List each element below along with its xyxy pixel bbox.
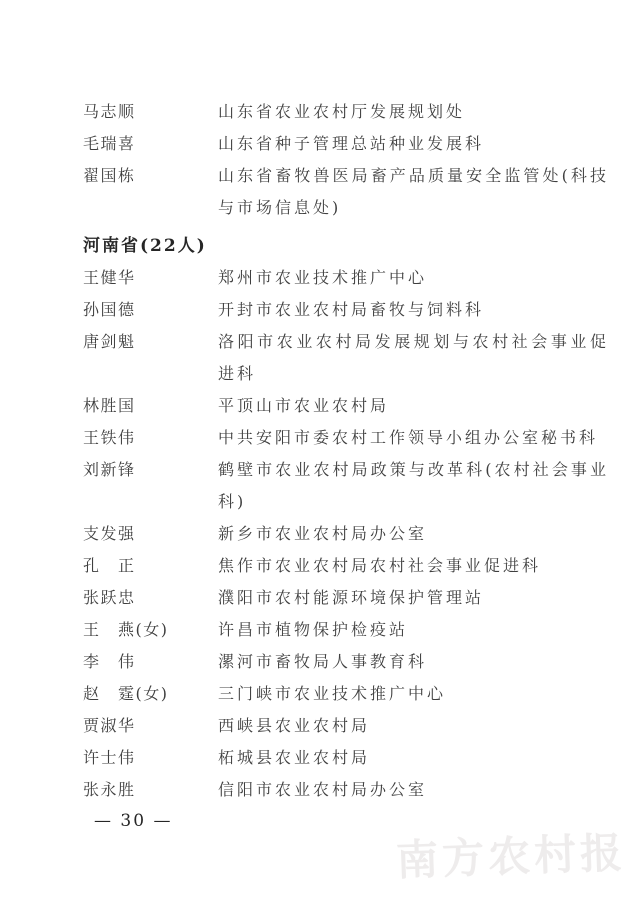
list-item: 贾淑华西峡县农业农村局 — [83, 710, 609, 742]
list-item: 赵 霆(女)三门峡市农业技术推广中心 — [83, 678, 609, 710]
person-name: 孔 正 — [83, 550, 218, 582]
work-unit: 山东省畜牧兽医局畜产品质量安全监管处(科技与市场信息处) — [218, 160, 609, 224]
list-item: 王 燕(女)许昌市植物保护检疫站 — [83, 614, 609, 646]
work-unit: 三门峡市农业技术推广中心 — [218, 678, 609, 710]
person-name: 张永胜 — [83, 774, 218, 806]
person-name: 王 燕(女) — [83, 614, 218, 646]
list-item: 张永胜信阳市农业农村局办公室 — [83, 774, 609, 806]
work-unit: 许昌市植物保护检疫站 — [218, 614, 609, 646]
person-name: 马志顺 — [83, 96, 218, 128]
work-unit: 西峡县农业农村局 — [218, 710, 609, 742]
person-name: 唐剑魁 — [83, 326, 218, 358]
list-item: 孔 正焦作市农业农村局农村社会事业促进科 — [83, 550, 609, 582]
list-item: 王铁伟中共安阳市委农村工作领导小组办公室秘书科 — [83, 422, 609, 454]
person-name: 张跃忠 — [83, 582, 218, 614]
list-item: 王健华郑州市农业技术推广中心 — [83, 262, 609, 294]
section-header: 河南省(22人) — [83, 230, 609, 262]
list-item: 毛瑞喜山东省种子管理总站种业发展科 — [83, 128, 609, 160]
work-unit: 漯河市畜牧局人事教育科 — [218, 646, 609, 678]
work-unit: 新乡市农业农村局办公室 — [218, 518, 609, 550]
watermark: 南方农村报 — [395, 820, 627, 888]
page-number: — 30 — — [94, 811, 172, 831]
work-unit: 柘城县农业农村局 — [218, 742, 609, 774]
person-name: 赵 霆(女) — [83, 678, 218, 710]
list-item: 翟国栋山东省畜牧兽医局畜产品质量安全监管处(科技与市场信息处) — [83, 160, 609, 224]
person-name: 李 伟 — [83, 646, 218, 678]
person-name: 毛瑞喜 — [83, 128, 218, 160]
person-name: 翟国栋 — [83, 160, 218, 192]
list-item: 张跃忠濮阳市农村能源环境保护管理站 — [83, 582, 609, 614]
person-name: 林胜国 — [83, 390, 218, 422]
document-page: 马志顺山东省农业农村厅发展规划处毛瑞喜山东省种子管理总站种业发展科翟国栋山东省畜… — [0, 0, 640, 905]
work-unit: 山东省种子管理总站种业发展科 — [218, 128, 609, 160]
list-item: 许士伟柘城县农业农村局 — [83, 742, 609, 774]
list-item: 马志顺山东省农业农村厅发展规划处 — [83, 96, 609, 128]
work-unit: 平顶山市农业农村局 — [218, 390, 609, 422]
work-unit: 焦作市农业农村局农村社会事业促进科 — [218, 550, 609, 582]
person-name: 许士伟 — [83, 742, 218, 774]
person-name: 王健华 — [83, 262, 218, 294]
work-unit: 信阳市农业农村局办公室 — [218, 774, 609, 806]
work-unit: 中共安阳市委农村工作领导小组办公室秘书科 — [218, 422, 609, 454]
person-name: 王铁伟 — [83, 422, 218, 454]
work-unit: 濮阳市农村能源环境保护管理站 — [218, 582, 609, 614]
list-item: 唐剑魁洛阳市农业农村局发展规划与农村社会事业促进科 — [83, 326, 609, 390]
list-item: 刘新锋鹤壁市农业农村局政策与改革科(农村社会事业科) — [83, 454, 609, 518]
work-unit: 洛阳市农业农村局发展规划与农村社会事业促进科 — [218, 326, 609, 390]
list-item: 孙国德开封市农业农村局畜牧与饲料科 — [83, 294, 609, 326]
person-name: 支发强 — [83, 518, 218, 550]
list-item: 支发强新乡市农业农村局办公室 — [83, 518, 609, 550]
recipient-list: 马志顺山东省农业农村厅发展规划处毛瑞喜山东省种子管理总站种业发展科翟国栋山东省畜… — [83, 96, 609, 806]
list-item: 林胜国平顶山市农业农村局 — [83, 390, 609, 422]
person-name: 刘新锋 — [83, 454, 218, 486]
list-item: 李 伟漯河市畜牧局人事教育科 — [83, 646, 609, 678]
work-unit: 郑州市农业技术推广中心 — [218, 262, 609, 294]
work-unit: 鹤壁市农业农村局政策与改革科(农村社会事业科) — [218, 454, 609, 518]
person-name: 孙国德 — [83, 294, 218, 326]
work-unit: 山东省农业农村厅发展规划处 — [218, 96, 609, 128]
work-unit: 开封市农业农村局畜牧与饲料科 — [218, 294, 609, 326]
person-name: 贾淑华 — [83, 710, 218, 742]
